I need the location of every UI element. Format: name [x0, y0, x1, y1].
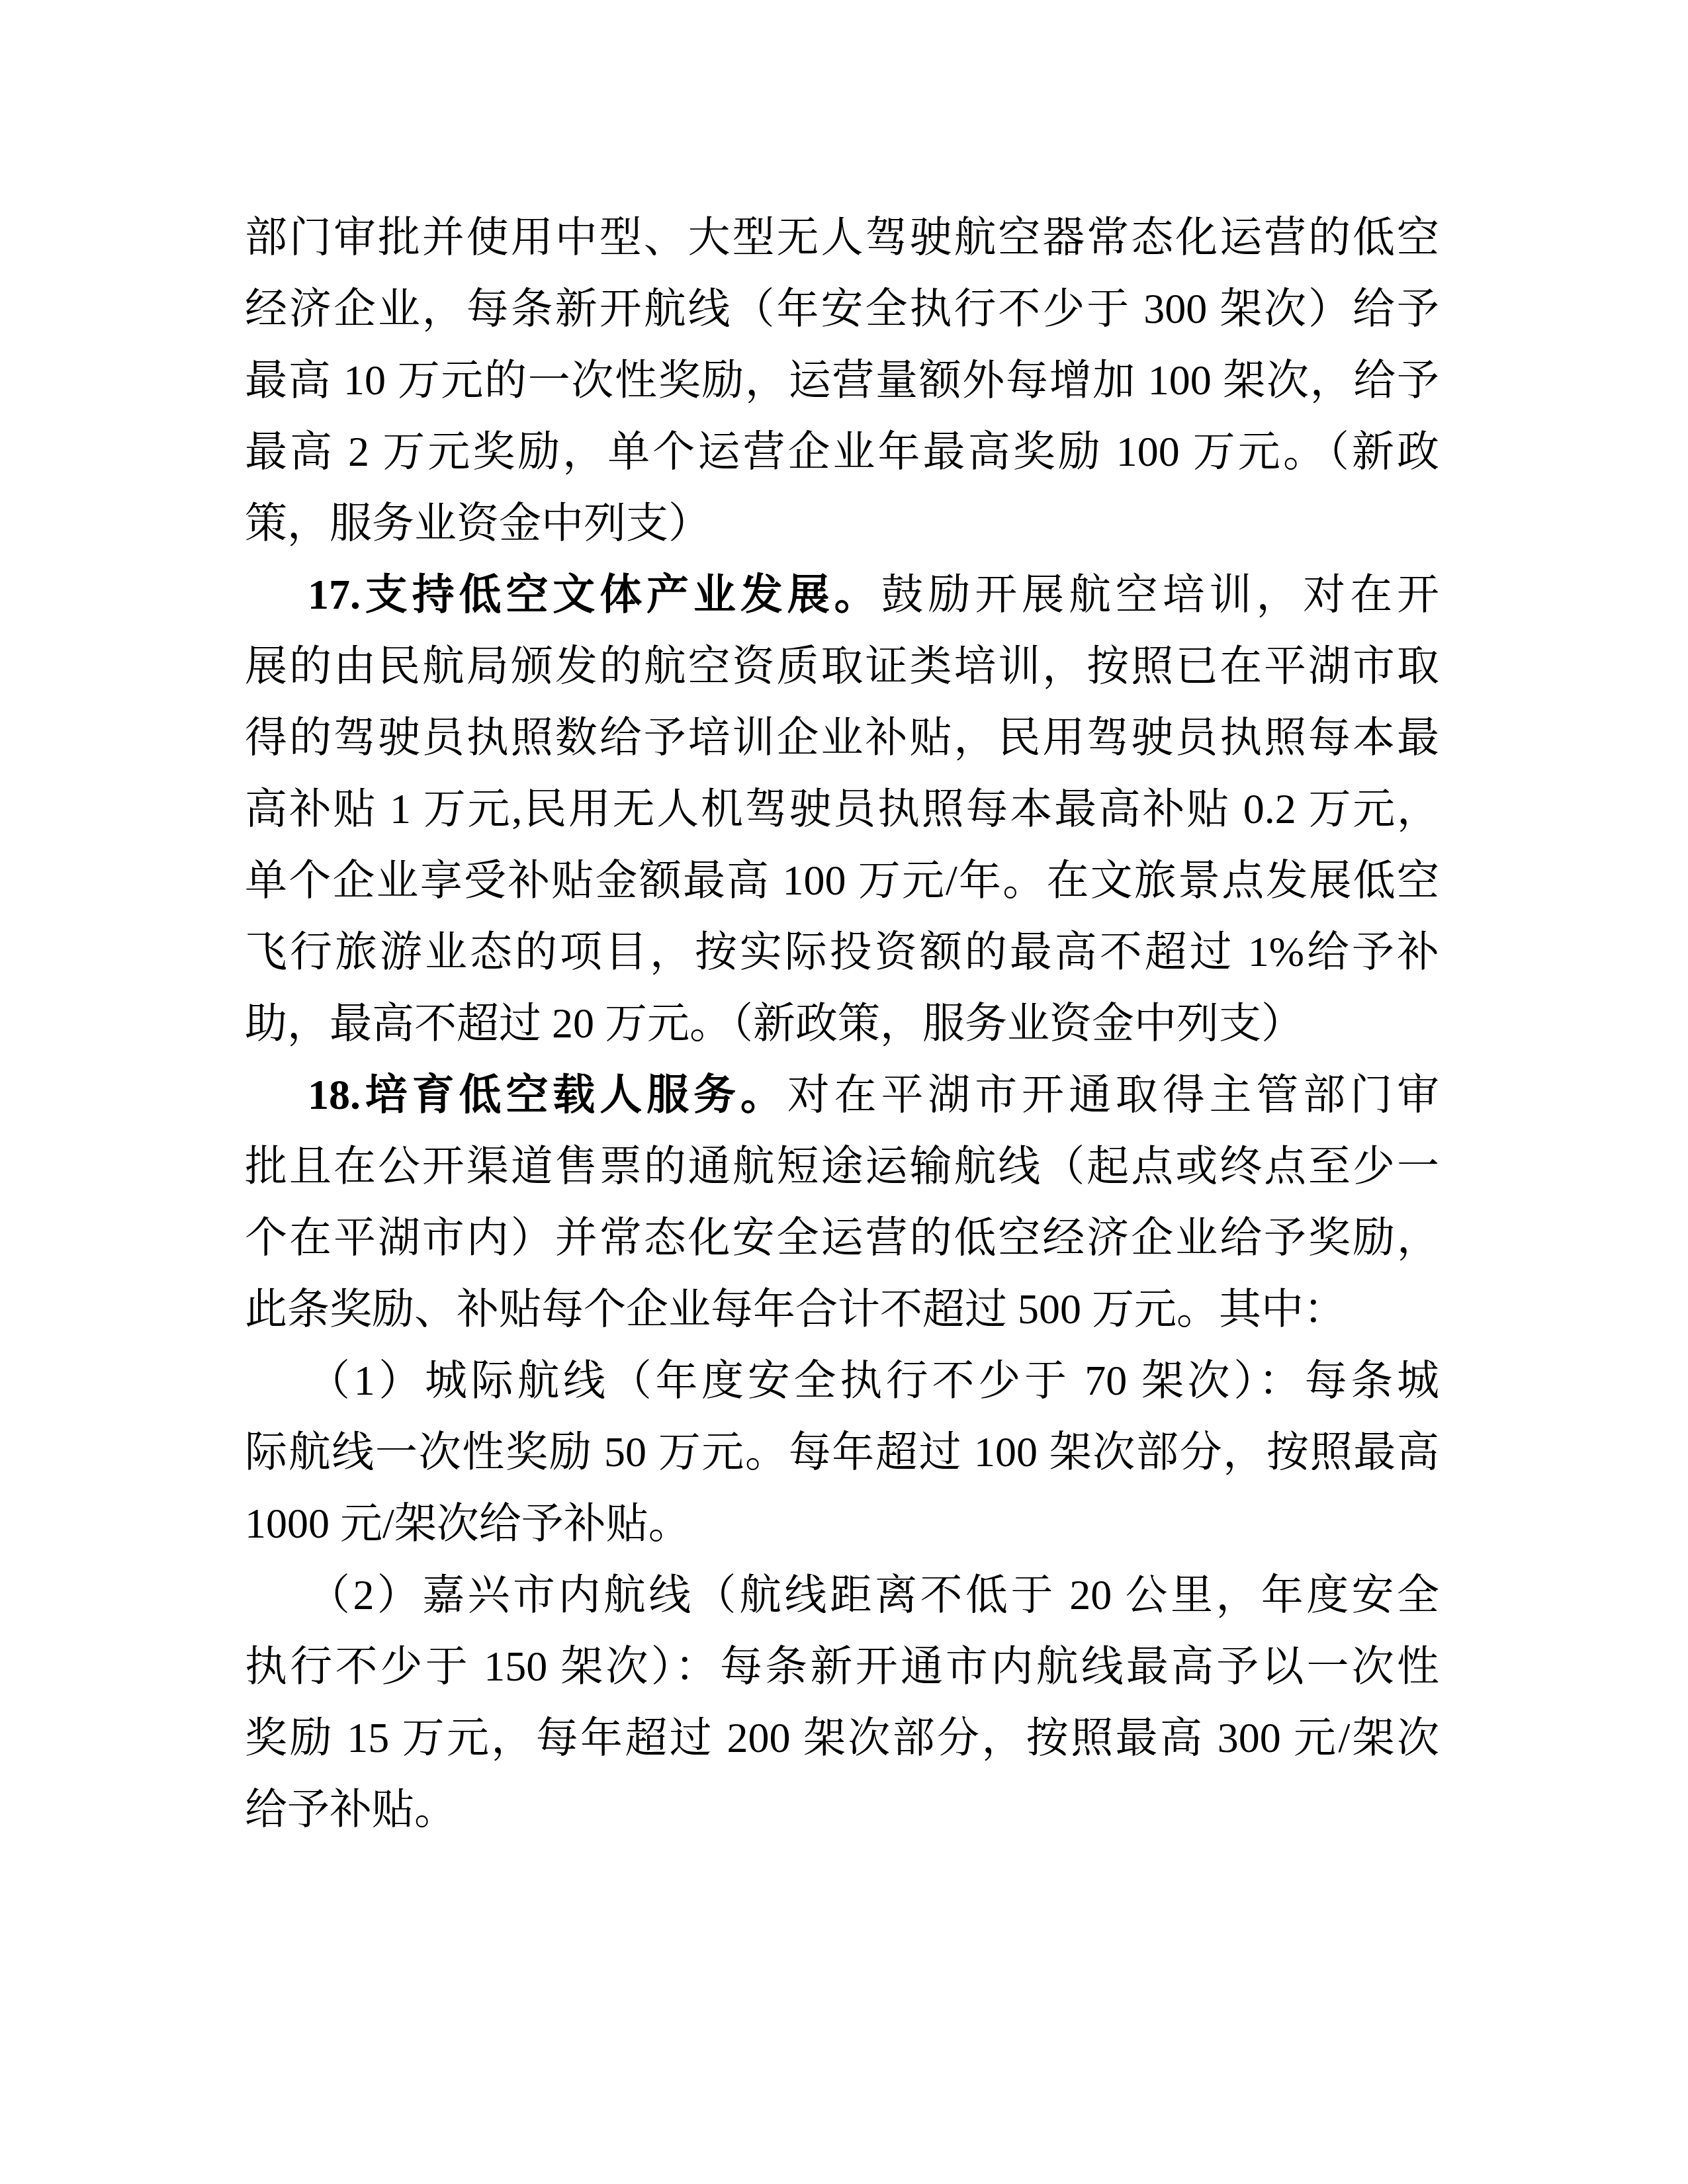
- text-line: 助，最高不超过 20 万元。（新政策，服务业资金中列支）: [245, 988, 1439, 1059]
- text-line: 奖励 15 万元，每年超过 200 架次部分，按照最高 300 元/架次: [245, 1702, 1439, 1774]
- clause-18-heading: 18.培育低空载人服务。: [308, 1071, 787, 1118]
- text-line: 经济企业，每条新开航线（年安全执行不少于 300 架次）给予: [245, 273, 1439, 345]
- text-line: 此条奖励、补贴每个企业每年合计不超过 500 万元。其中：: [245, 1274, 1439, 1345]
- text-line: 单个企业享受补贴金额最高 100 万元/年。在文旅景点发展低空: [245, 845, 1439, 916]
- text-line: 部门审批并使用中型、大型无人驾驶航空器常态化运营的低空: [245, 202, 1439, 273]
- text-line: 批且在公开渠道售票的通航短途运输航线（起点或终点至少一: [245, 1131, 1439, 1202]
- text-line: 最高 10 万元的一次性奖励，运营量额外每增加 100 架次，给予: [245, 345, 1439, 416]
- text-line: （2）嘉兴市内航线（航线距离不低于 20 公里，年度安全: [245, 1559, 1439, 1631]
- text-line: 给予补贴。: [245, 1774, 1439, 1845]
- text-segment: 对在平湖市开通取得主管部门审: [787, 1071, 1439, 1118]
- clause-17-heading: 17.支持低空文体产业发展。: [308, 571, 881, 618]
- text-line: 18.培育低空载人服务。对在平湖市开通取得主管部门审: [245, 1059, 1439, 1131]
- text-line: 执行不少于 150 架次）：每条新开通市内航线最高予以一次性: [245, 1631, 1439, 1702]
- text-line: 1000 元/架次给予补贴。: [245, 1488, 1439, 1559]
- text-line: 展的由民航局颁发的航空资质取证类培训，按照已在平湖市取: [245, 631, 1439, 702]
- document-page: 部门审批并使用中型、大型无人驾驶航空器常态化运营的低空 经济企业，每条新开航线（…: [245, 202, 1439, 1845]
- text-line: 策，服务业资金中列支）: [245, 488, 1439, 559]
- text-line: 得的驾驶员执照数给予培训企业补贴，民用驾驶员执照每本最: [245, 702, 1439, 773]
- text-line: 最高 2 万元奖励，单个运营企业年最高奖励 100 万元。（新政: [245, 416, 1439, 488]
- text-line: 高补贴 1 万元,民用无人机驾驶员执照每本最高补贴 0.2 万元，: [245, 773, 1439, 845]
- text-line: 际航线一次性奖励 50 万元。每年超过 100 架次部分，按照最高: [245, 1417, 1439, 1488]
- text-segment: 鼓励开展航空培训，对在开: [881, 571, 1439, 618]
- text-line: 飞行旅游业态的项目，按实际投资额的最高不超过 1%给予补: [245, 916, 1439, 988]
- text-line: 个在平湖市内）并常态化安全运营的低空经济企业给予奖励，: [245, 1202, 1439, 1274]
- text-line: （1）城际航线（年度安全执行不少于 70 架次）：每条城: [245, 1345, 1439, 1417]
- text-line: 17.支持低空文体产业发展。鼓励开展航空培训，对在开: [245, 559, 1439, 631]
